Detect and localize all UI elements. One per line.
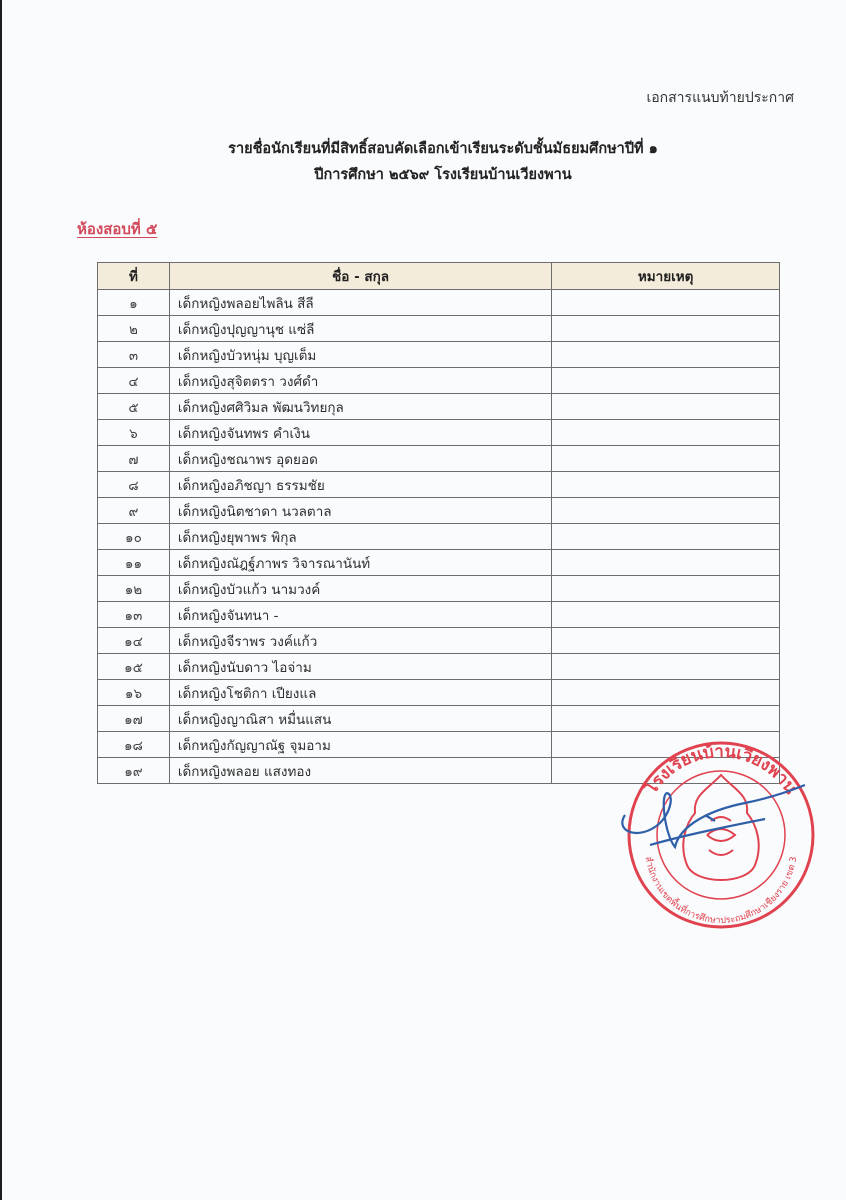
- table-row: ๑๕เด็กหญิงนับดาว ไอจ่าม: [98, 654, 780, 680]
- cell-no: ๑๙: [98, 758, 170, 784]
- cell-no: ๖: [98, 420, 170, 446]
- table-row: ๑๗เด็กหญิงญาณิสา หมื่นแสน: [98, 706, 780, 732]
- svg-text:สำนักงานเขตพื้นที่การศึกษาประถ: สำนักงานเขตพื้นที่การศึกษาประถมศึกษาเชีย…: [643, 856, 800, 927]
- table-row: ๓เด็กหญิงบัวหนุ่ม บุญเต็ม: [98, 342, 780, 368]
- table-row: ๑๐เด็กหญิงยุพาพร พิกุล: [98, 524, 780, 550]
- cell-no: ๑๖: [98, 680, 170, 706]
- cell-no: ๑๐: [98, 524, 170, 550]
- header-name: ชื่อ - สกุล: [169, 263, 551, 290]
- annex-label: เอกสารแนบท้ายประกาศ: [646, 87, 794, 109]
- table-row: ๑๑เด็กหญิงณัฎฐ์ภาพร วิจารณานันท์: [98, 550, 780, 576]
- cell-remark: [552, 576, 780, 602]
- cell-name: เด็กหญิงจันทพร คำเงิน: [169, 420, 551, 446]
- cell-name: เด็กหญิงศศิวิมล พัฒนวิทยกุล: [169, 394, 551, 420]
- cell-no: ๓: [98, 342, 170, 368]
- cell-no: ๑๔: [98, 628, 170, 654]
- cell-no: ๑๑: [98, 550, 170, 576]
- document-title: รายชื่อนักเรียนที่มีสิทธิ์สอบคัดเลือกเข้…: [20, 137, 846, 160]
- table-header-row: ที่ ชื่อ - สกุล หมายเหตุ: [98, 263, 780, 290]
- cell-remark: [552, 498, 780, 524]
- table-row: ๑๒เด็กหญิงบัวแก้ว นามวงค์: [98, 576, 780, 602]
- cell-no: ๒: [98, 316, 170, 342]
- cell-no: ๔: [98, 368, 170, 394]
- cell-no: ๑๒: [98, 576, 170, 602]
- cell-remark: [552, 654, 780, 680]
- document-subtitle: ปีการศึกษา ๒๕๖๙ โรงเรียนบ้านเวียงพาน: [20, 163, 846, 186]
- cell-no: ๑: [98, 290, 170, 316]
- cell-name: เด็กหญิงปุญญานุช แซ่ลี: [169, 316, 551, 342]
- cell-no: ๑๕: [98, 654, 170, 680]
- cell-name: เด็กหญิงพลอย แสงทอง: [169, 758, 551, 784]
- cell-name: เด็กหญิงจันทนา -: [169, 602, 551, 628]
- cell-name: เด็กหญิงบัวหนุ่ม บุญเต็ม: [169, 342, 551, 368]
- page-border: [0, 0, 2, 1200]
- cell-remark: [552, 472, 780, 498]
- cell-name: เด็กหญิงโชติกา เปียงแล: [169, 680, 551, 706]
- header-remark: หมายเหตุ: [552, 263, 780, 290]
- table-row: ๑๓เด็กหญิงจันทนา -: [98, 602, 780, 628]
- table-row: ๑๔เด็กหญิงจีราพร วงค์แก้ว: [98, 628, 780, 654]
- cell-remark: [552, 368, 780, 394]
- cell-no: ๑๗: [98, 706, 170, 732]
- student-roster-table: ที่ ชื่อ - สกุล หมายเหตุ ๑เด็กหญิงพลอยไพ…: [97, 262, 780, 784]
- cell-no: ๑๘: [98, 732, 170, 758]
- cell-name: เด็กหญิงนิตชาดา นวลตาล: [169, 498, 551, 524]
- cell-remark: [552, 446, 780, 472]
- cell-remark: [552, 602, 780, 628]
- seal-bottom-text: สำนักงานเขตพื้นที่การศึกษาประถมศึกษาเชีย…: [643, 856, 800, 927]
- signature: [622, 785, 805, 847]
- cell-no: ๕: [98, 394, 170, 420]
- table-row: ๒เด็กหญิงปุญญานุช แซ่ลี: [98, 316, 780, 342]
- cell-remark: [552, 420, 780, 446]
- cell-name: เด็กหญิงนับดาว ไอจ่าม: [169, 654, 551, 680]
- cell-name: เด็กหญิงสุจิตตรา วงศ์ดำ: [169, 368, 551, 394]
- table-row: ๗เด็กหญิงชณาพร อุดยอด: [98, 446, 780, 472]
- exam-room-label: ห้องสอบที่ ๕: [77, 217, 157, 241]
- cell-no: ๙: [98, 498, 170, 524]
- cell-name: เด็กหญิงญาณิสา หมื่นแสน: [169, 706, 551, 732]
- cell-remark: [552, 628, 780, 654]
- cell-name: เด็กหญิงบัวแก้ว นามวงค์: [169, 576, 551, 602]
- cell-remark: [552, 550, 780, 576]
- table-row: ๘เด็กหญิงอภิชญา ธรรมชัย: [98, 472, 780, 498]
- header-no: ที่: [98, 263, 170, 290]
- cell-no: ๗: [98, 446, 170, 472]
- cell-name: เด็กหญิงอภิชญา ธรรมชัย: [169, 472, 551, 498]
- table-row: ๖เด็กหญิงจันทพร คำเงิน: [98, 420, 780, 446]
- cell-name: เด็กหญิงกัญญาณัฐ จุมอาม: [169, 732, 551, 758]
- cell-remark: [552, 524, 780, 550]
- cell-name: เด็กหญิงยุพาพร พิกุล: [169, 524, 551, 550]
- table-row: ๑๖เด็กหญิงโชติกา เปียงแล: [98, 680, 780, 706]
- cell-remark: [552, 394, 780, 420]
- cell-name: เด็กหญิงณัฎฐ์ภาพร วิจารณานันท์: [169, 550, 551, 576]
- table-row: ๙เด็กหญิงนิตชาดา นวลตาล: [98, 498, 780, 524]
- table-row: ๕เด็กหญิงศศิวิมล พัฒนวิทยกุล: [98, 394, 780, 420]
- cell-remark: [552, 680, 780, 706]
- cell-remark: [552, 706, 780, 732]
- cell-no: ๘: [98, 472, 170, 498]
- school-seal-stamp: โรงเรียนบ้านเวียงพาน สำนักงานเขตพื้นที่ก…: [615, 735, 825, 930]
- cell-no: ๑๓: [98, 602, 170, 628]
- table-row: ๑เด็กหญิงพลอยไพลิน สีลี: [98, 290, 780, 316]
- table-row: ๔เด็กหญิงสุจิตตรา วงศ์ดำ: [98, 368, 780, 394]
- table-body: ๑เด็กหญิงพลอยไพลิน สีลี๒เด็กหญิงปุญญานุช…: [98, 290, 780, 784]
- cell-name: เด็กหญิงพลอยไพลิน สีลี: [169, 290, 551, 316]
- cell-remark: [552, 290, 780, 316]
- cell-remark: [552, 316, 780, 342]
- cell-name: เด็กหญิงจีราพร วงค์แก้ว: [169, 628, 551, 654]
- cell-name: เด็กหญิงชณาพร อุดยอด: [169, 446, 551, 472]
- cell-remark: [552, 342, 780, 368]
